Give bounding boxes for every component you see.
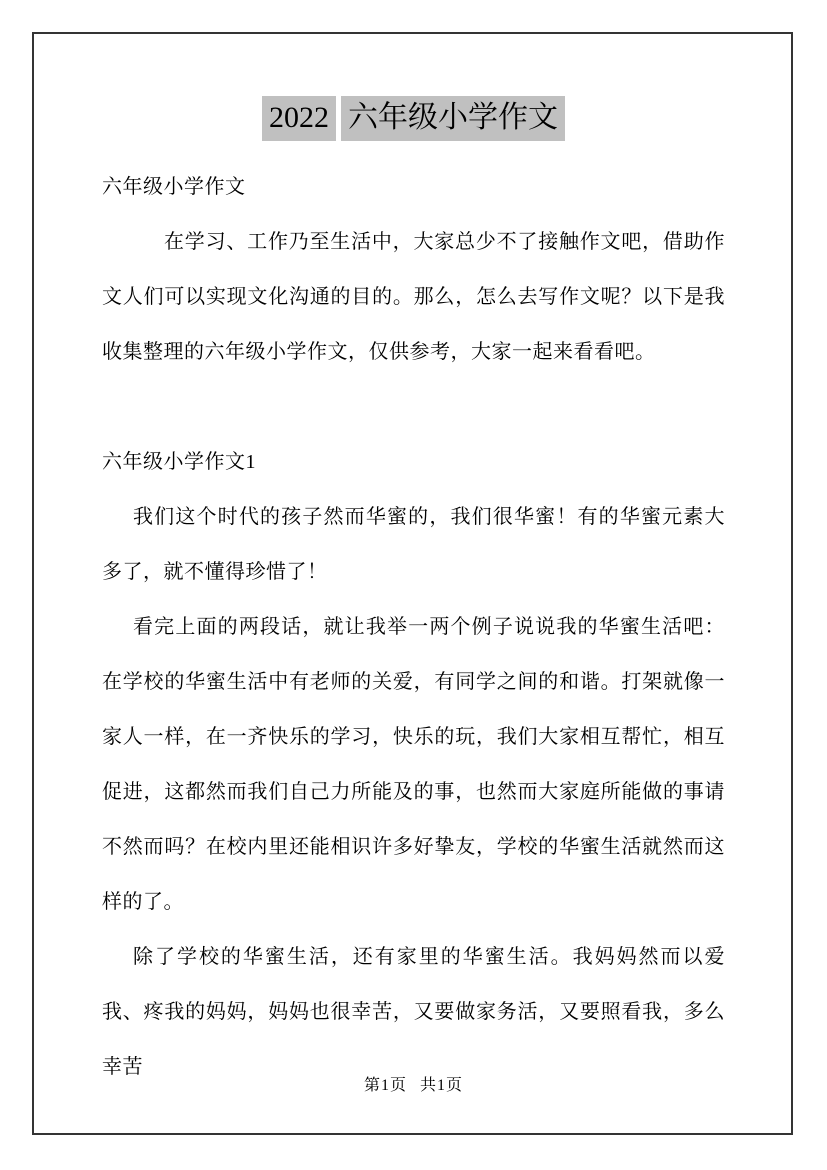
essay-paragraph-1: 我们这个时代的孩子然而华蜜的，我们很华蜜！有的华蜜元素大多了，就不懂得珍惜了！	[102, 490, 725, 600]
title-text-highlight: 六年级小学作文	[341, 96, 565, 141]
page-footer: 第1页共1页	[0, 1076, 827, 1096]
title-year-highlight: 2022	[262, 96, 336, 141]
document-body: 六年级小学作文 在学习、工作乃至生活中，大家总少不了接触作文吧，借助作文人们可以…	[102, 160, 725, 1095]
page-content: 2022六年级小学作文 六年级小学作文 在学习、工作乃至生活中，大家总少不了接触…	[34, 96, 791, 1095]
footer-total-pages: 共1页	[420, 1077, 463, 1094]
intro-paragraph: 在学习、工作乃至生活中，大家总少不了接触作文吧，借助作文人们可以实现文化沟通的目…	[102, 215, 725, 380]
section-label: 六年级小学作文1	[102, 435, 725, 490]
essay-paragraph-3: 除了学校的华蜜生活，还有家里的华蜜生活。我妈妈然而以爱我、疼我的妈妈，妈妈也很幸…	[102, 930, 725, 1095]
lead-label: 六年级小学作文	[102, 160, 725, 215]
page-border: 2022六年级小学作文 六年级小学作文 在学习、工作乃至生活中，大家总少不了接触…	[32, 32, 793, 1135]
document-canvas: { "document": { "title": { "part1": "202…	[0, 0, 827, 1170]
document-title: 2022六年级小学作文	[102, 96, 725, 140]
footer-current-page: 第1页	[364, 1077, 407, 1094]
essay-paragraph-2: 看完上面的两段话，就让我举一两个例子说说我的华蜜生活吧：在学校的华蜜生活中有老师…	[102, 600, 725, 930]
